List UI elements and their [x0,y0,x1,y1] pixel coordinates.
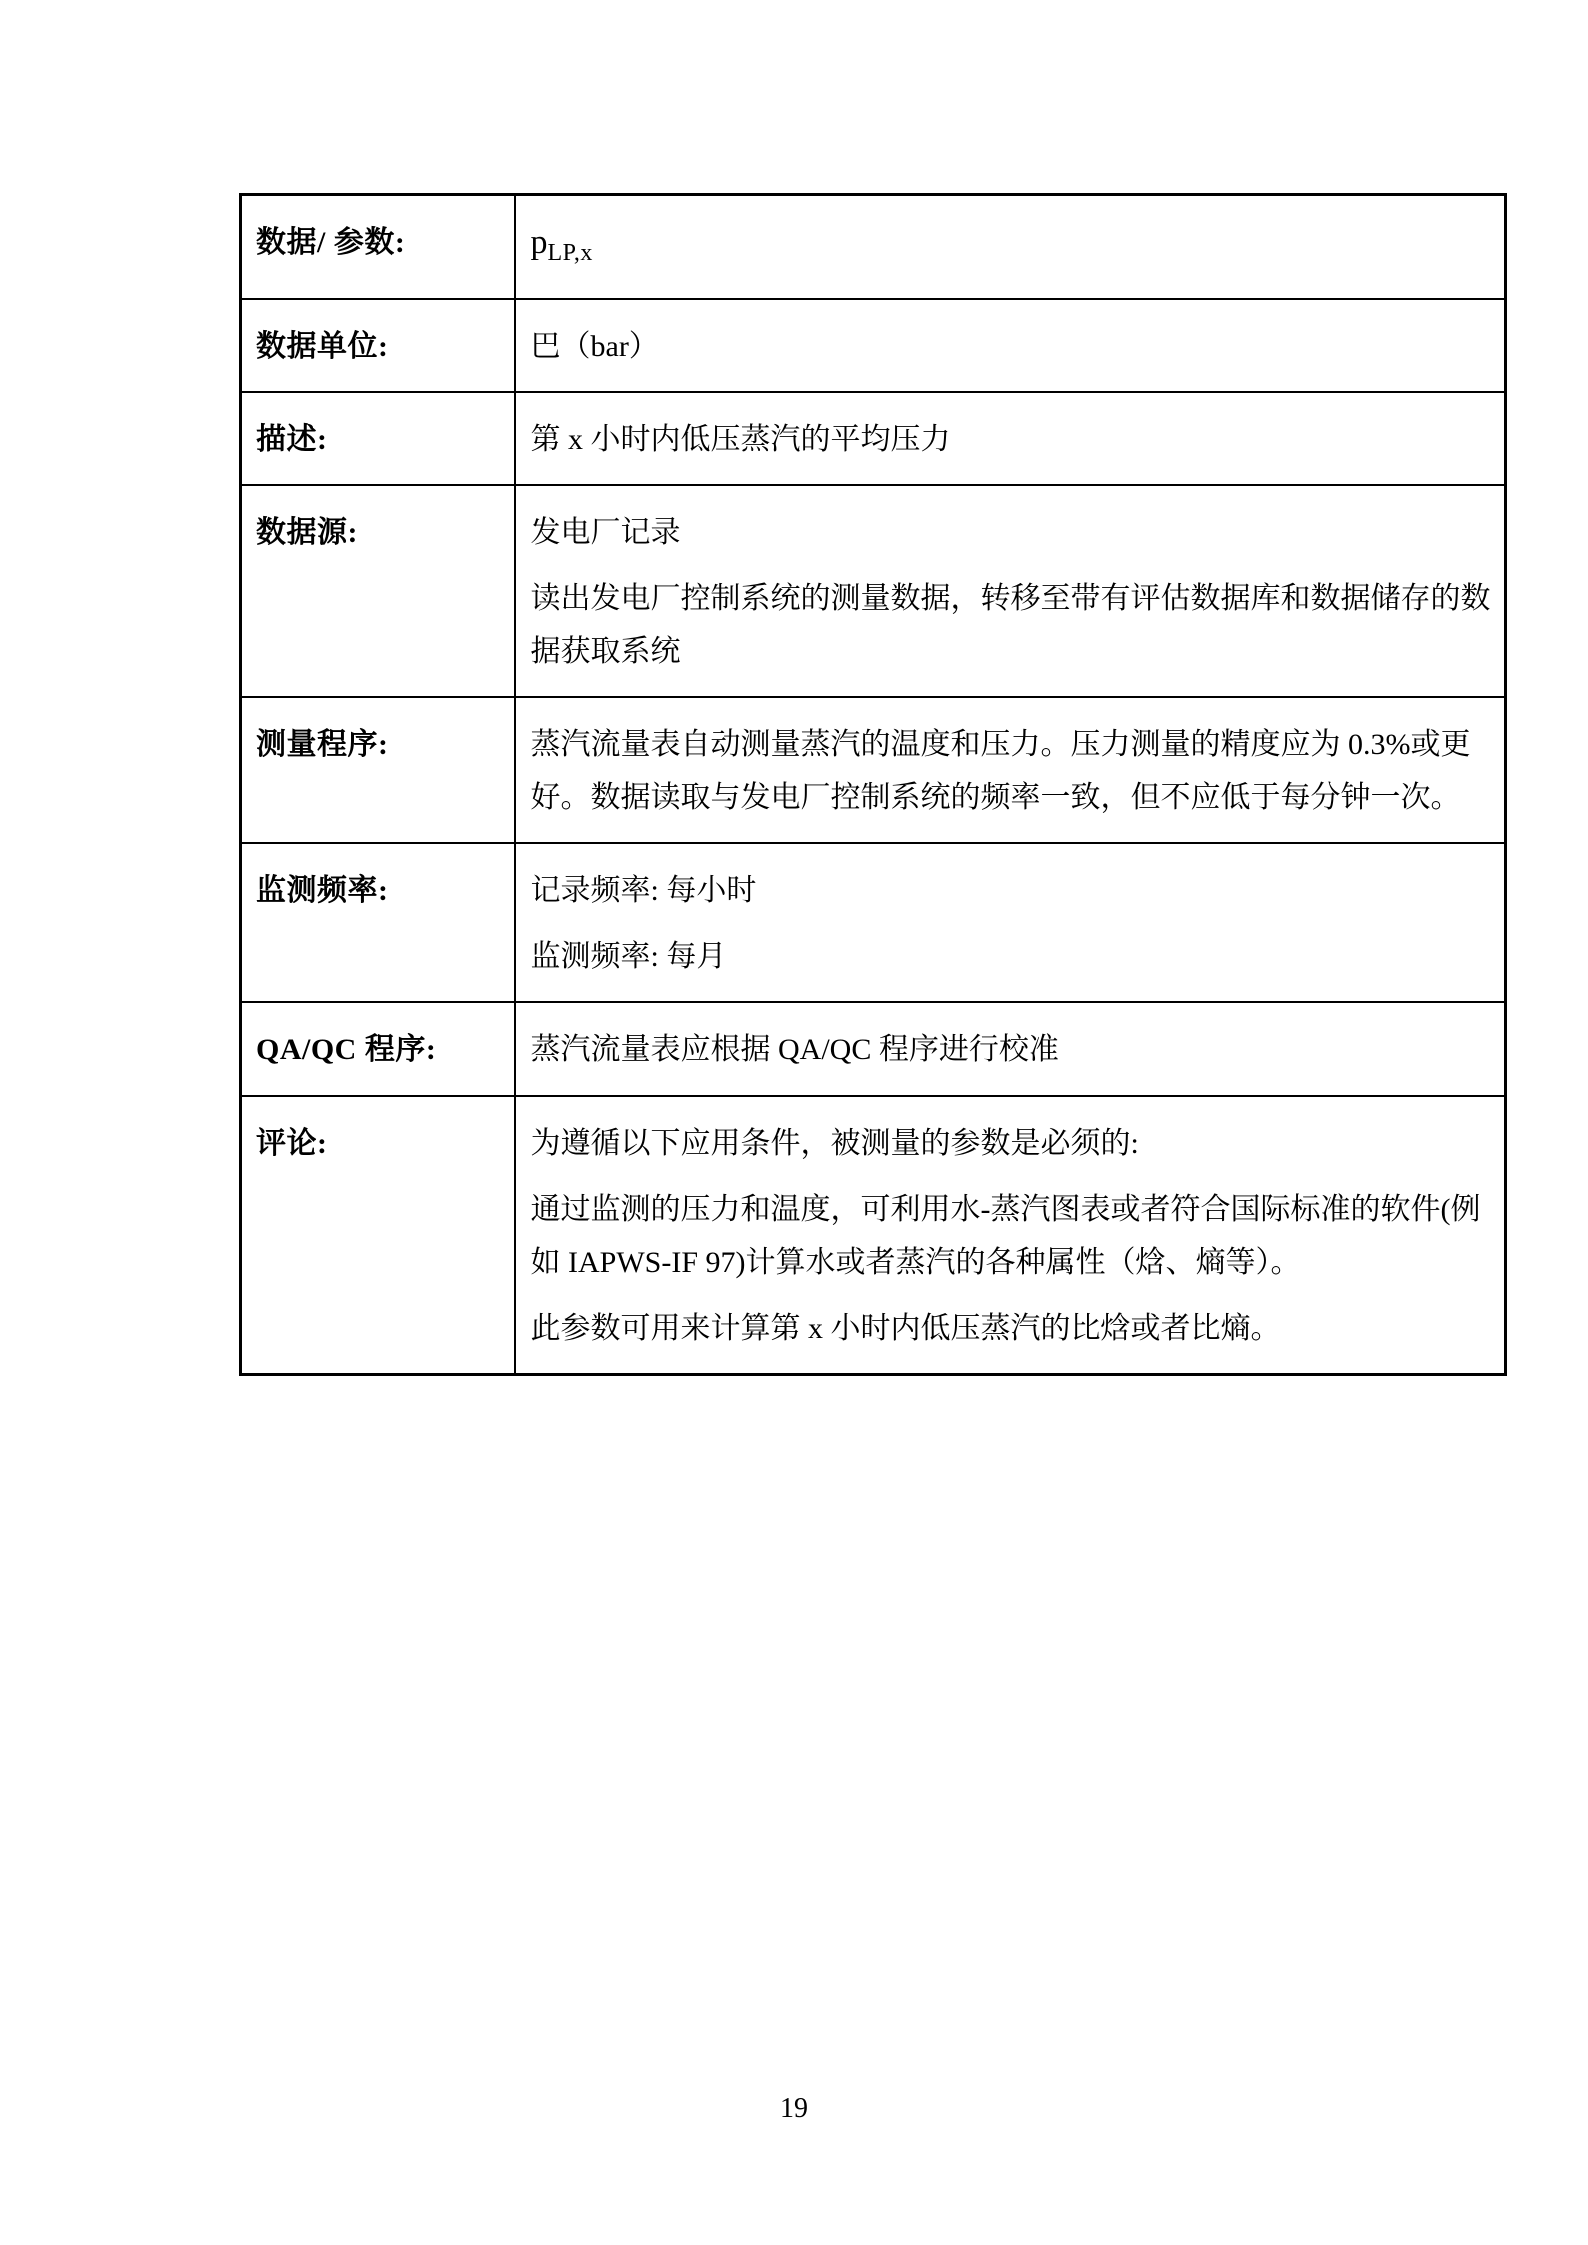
table-row-data-source: 数据源: 发电厂记录 读出发电厂控制系统的测量数据，转移至带有评估数据库和数据储… [241,485,1506,697]
table-row-qa-qc-procedure: QA/QC 程序: 蒸汽流量表应根据 QA/QC 程序进行校准 [241,1002,1506,1096]
parameter-table: 数据/ 参数: pLP,x 数据单位: 巴（bar） 描述: 第 x 小时内低压… [239,193,1507,1376]
paragraph: 第 x 小时内低压蒸汽的平均压力 [531,413,1493,466]
row-label-data-parameter: 数据/ 参数: [241,195,515,300]
row-label-data-source: 数据源: [241,485,515,697]
row-content-description: 第 x 小时内低压蒸汽的平均压力 [515,392,1506,485]
table-row-monitoring-frequency: 监测频率: 记录频率: 每小时 监测频率: 每月 [241,843,1506,1002]
row-content-data-parameter: pLP,x [515,195,1506,300]
row-label-description: 描述: [241,392,515,485]
row-label-monitoring-frequency: 监测频率: [241,843,515,1002]
row-content-qa-qc-procedure: 蒸汽流量表应根据 QA/QC 程序进行校准 [515,1002,1506,1096]
paragraph: 巴（bar） [531,320,1493,373]
parameter-symbol: pLP,x [531,216,1493,280]
table-row-data-parameter: 数据/ 参数: pLP,x [241,195,1506,300]
paragraph: 此参数可用来计算第 x 小时内低压蒸汽的比焓或者比熵。 [531,1302,1493,1355]
paragraph: 发电厂记录 [531,506,1493,559]
table-row-description: 描述: 第 x 小时内低压蒸汽的平均压力 [241,392,1506,485]
document-page: 数据/ 参数: pLP,x 数据单位: 巴（bar） 描述: 第 x 小时内低压… [0,0,1588,2245]
paragraph: 读出发电厂控制系统的测量数据，转移至带有评估数据库和数据储存的数据获取系统 [531,572,1493,678]
table-row-data-unit: 数据单位: 巴（bar） [241,299,1506,392]
row-label-comments: 评论: [241,1096,515,1375]
row-label-measurement-procedure: 测量程序: [241,697,515,843]
paragraph: 监测频率: 每月 [531,930,1493,983]
row-content-data-unit: 巴（bar） [515,299,1506,392]
row-content-monitoring-frequency: 记录频率: 每小时 监测频率: 每月 [515,843,1506,1002]
row-label-data-unit: 数据单位: [241,299,515,392]
paragraph: 为遵循以下应用条件，被测量的参数是必须的: [531,1117,1493,1170]
paragraph: 记录频率: 每小时 [531,864,1493,917]
paragraph: 通过监测的压力和温度，可利用水-蒸汽图表或者符合国际标准的软件(例如 IAPWS… [531,1183,1493,1289]
paragraph: 蒸汽流量表自动测量蒸汽的温度和压力。压力测量的精度应为 0.3%或更好。数据读取… [531,718,1493,824]
parameter-subscript: LP,x [548,240,593,266]
paragraph: 蒸汽流量表应根据 QA/QC 程序进行校准 [531,1023,1493,1076]
parameter-base: p [531,224,548,261]
row-content-data-source: 发电厂记录 读出发电厂控制系统的测量数据，转移至带有评估数据库和数据储存的数据获… [515,485,1506,697]
row-label-qa-qc-procedure: QA/QC 程序: [241,1002,515,1096]
page-number: 19 [0,2092,1588,2126]
table-row-measurement-procedure: 测量程序: 蒸汽流量表自动测量蒸汽的温度和压力。压力测量的精度应为 0.3%或更… [241,697,1506,843]
table-row-comments: 评论: 为遵循以下应用条件，被测量的参数是必须的: 通过监测的压力和温度，可利用… [241,1096,1506,1375]
row-content-measurement-procedure: 蒸汽流量表自动测量蒸汽的温度和压力。压力测量的精度应为 0.3%或更好。数据读取… [515,697,1506,843]
row-content-comments: 为遵循以下应用条件，被测量的参数是必须的: 通过监测的压力和温度，可利用水-蒸汽… [515,1096,1506,1375]
